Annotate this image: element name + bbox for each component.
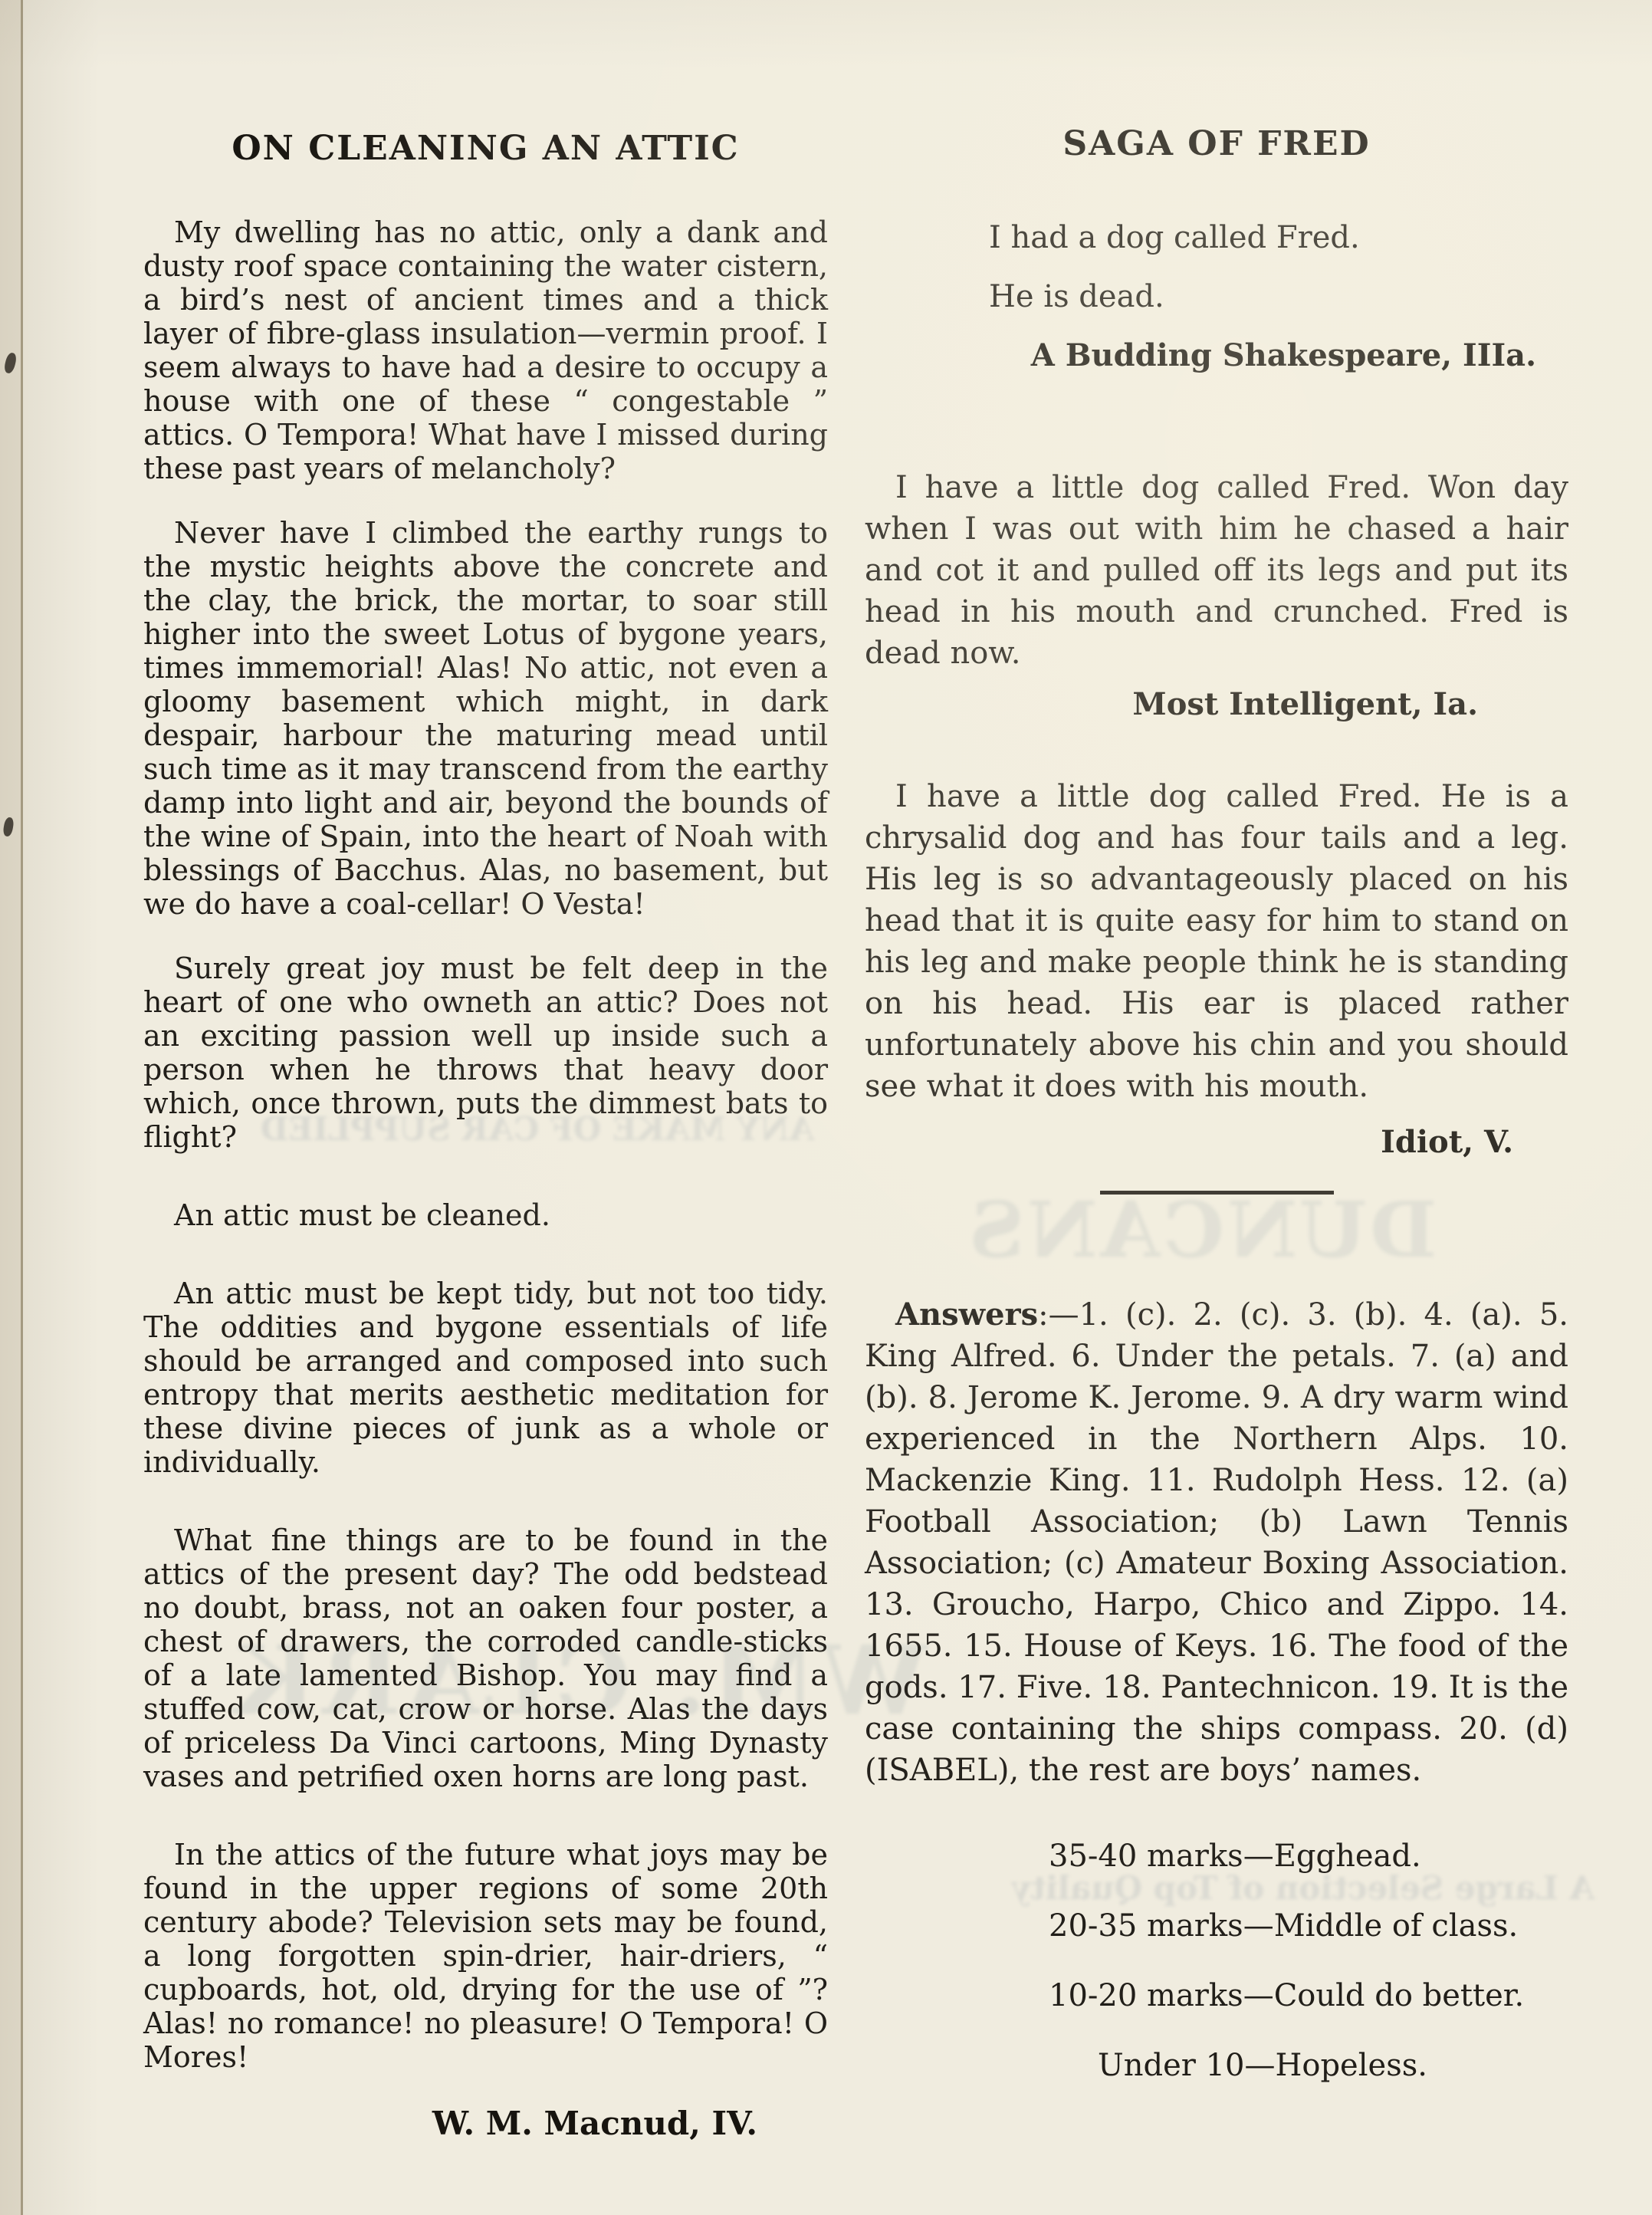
marks-line: 10-20 marks—Could do better.: [865, 1975, 1568, 2016]
signature: A Budding Shakespeare, IIIa.: [865, 337, 1568, 373]
article-paragraph: What fine things are to be found in the …: [143, 1523, 828, 1793]
article-paragraph: An attic must be kept tidy, but not too …: [143, 1277, 828, 1479]
answers-label: Answers: [895, 1296, 1038, 1333]
signature: Most Intelligent, Ia.: [865, 686, 1568, 722]
answers-paragraph: Answers:—1. (c). 2. (c). 3. (b). 4. (a).…: [865, 1294, 1568, 1791]
left-article: ON CLEANING AN ATTIC My dwelling has no …: [143, 129, 828, 2142]
article-paragraph: Never have I climbed the earthy rungs to…: [143, 516, 828, 921]
article-paragraph: My dwelling has no attic, only a dank an…: [143, 215, 828, 485]
magazine-page: ANY MAKE OF CAR SUPPLIED WM. CLARK DUNCA…: [0, 0, 1652, 2215]
marks-line: Under 10—Hopeless.: [865, 2045, 1568, 2086]
article-paragraph: I have a little dog called Fred. He is a…: [865, 776, 1568, 1107]
marks-line: 35-40 marks—Egghead.: [865, 1835, 1568, 1877]
right-article: SAGA OF FRED I had a dog called Fred. He…: [865, 124, 1568, 2115]
poem-line: I had a dog called Fred.: [865, 217, 1568, 258]
poem-line: He is dead.: [865, 276, 1568, 317]
article-paragraph: Surely great joy must be felt deep in th…: [143, 951, 828, 1154]
section-divider: [1100, 1191, 1334, 1195]
marks-scale: 35-40 marks—Egghead. 20-35 marks—Middle …: [865, 1835, 1568, 2086]
article-paragraph: In the attics of the future what joys ma…: [143, 1838, 828, 2074]
article-paragraph: I have a little dog called Fred. Won day…: [865, 467, 1568, 674]
marks-line: 20-35 marks—Middle of class.: [865, 1905, 1568, 1947]
signature: Idiot, V.: [865, 1124, 1568, 1160]
article-title: ON CLEANING AN ATTIC: [143, 129, 828, 168]
page-edge: [0, 0, 23, 2215]
signature: W. M. Macnud, IV.: [143, 2105, 828, 2142]
article-title: SAGA OF FRED: [865, 124, 1568, 163]
article-paragraph: An attic must be cleaned.: [143, 1198, 828, 1232]
answers-text: :—1. (c). 2. (c). 3. (b). 4. (a). 5. Kin…: [865, 1297, 1568, 1788]
